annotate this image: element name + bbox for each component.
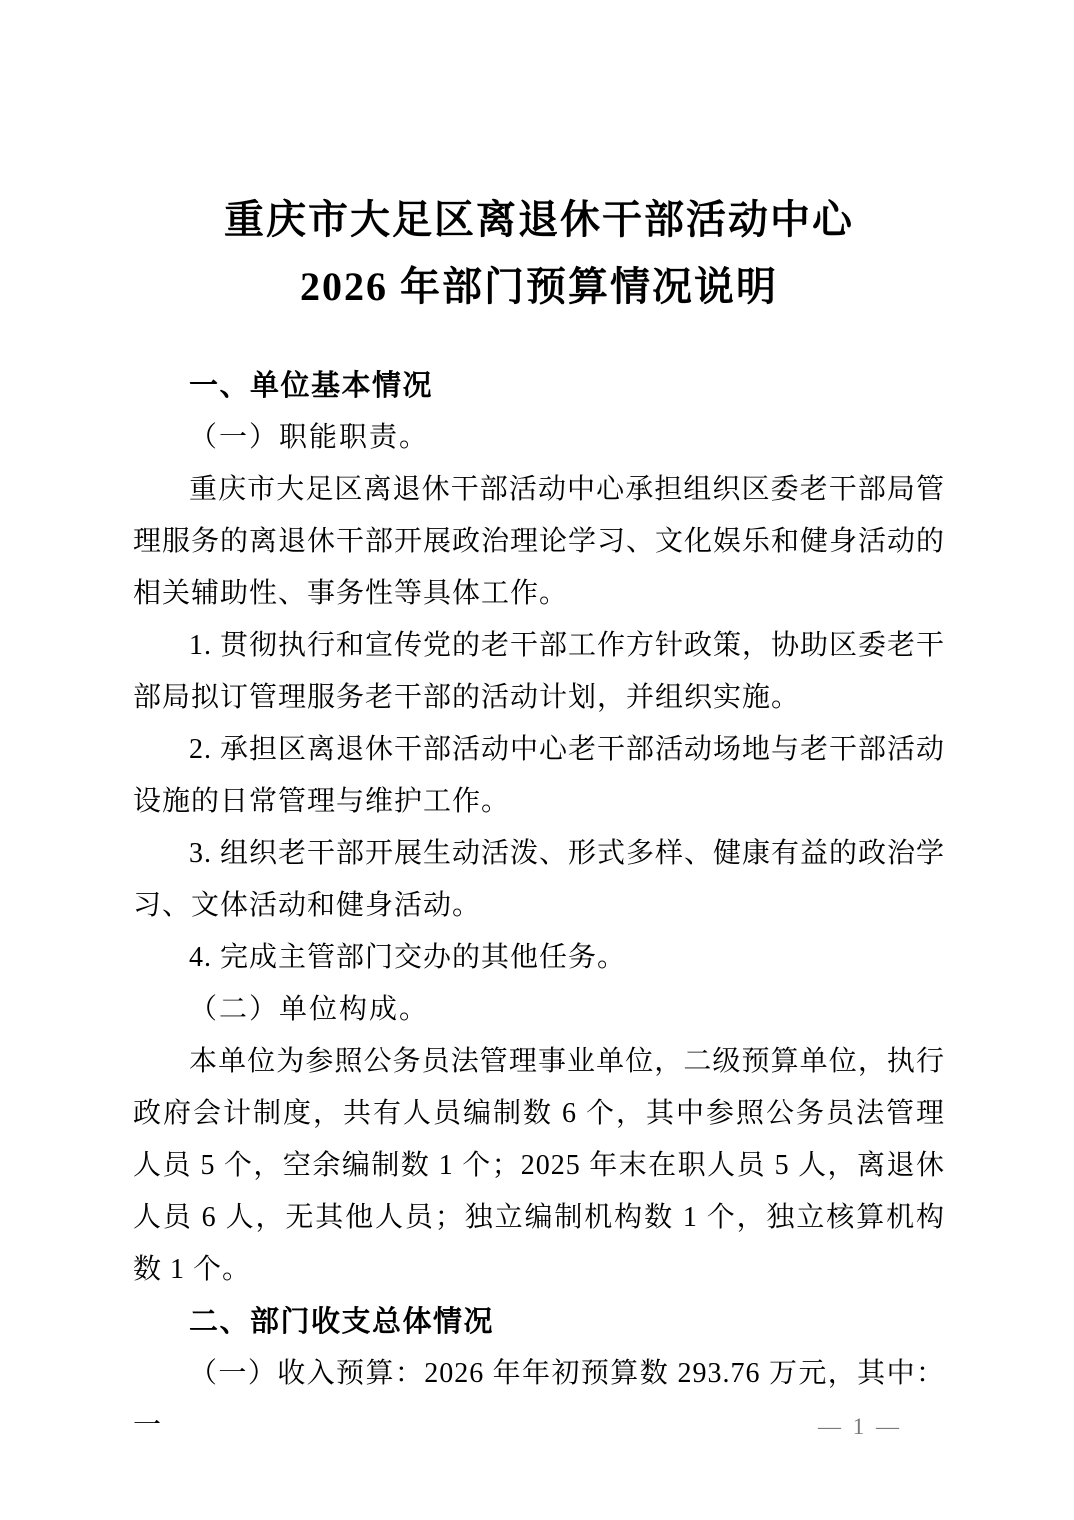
paragraph-duty-item-2: 2. 承担区离退休干部活动中心老干部活动场地与老干部活动设施的日常管理与维护工作… xyxy=(133,724,945,828)
paragraph-duty-item-1: 1. 贯彻执行和宣传党的老干部工作方针政策，协助区委老干部局拟订管理服务老干部的… xyxy=(133,620,945,724)
document-title-line2: 2026 年部门预算情况说明 xyxy=(300,264,778,309)
section-heading-budget-overview: 二、部门收支总体情况 xyxy=(133,1296,945,1348)
document-content: 重庆市大足区离退休干部活动中心 2026 年部门预算情况说明 一、单位基本情况 … xyxy=(133,186,945,1452)
section-heading-unit-basic-info: 一、单位基本情况 xyxy=(133,360,945,412)
subheading-unit-composition: （二）单位构成。 xyxy=(133,984,945,1036)
paragraph-duties-overview: 重庆市大足区离退休干部活动中心承担组织区委老干部局管理服务的离退休干部开展政治理… xyxy=(133,464,945,620)
paragraph-duty-item-4: 4. 完成主管部门交办的其他任务。 xyxy=(133,932,945,984)
subheading-duties: （一）职能职责。 xyxy=(133,412,945,464)
paragraph-duty-item-3: 3. 组织老干部开展生动活泼、形式多样、健康有益的政治学习、文体活动和健身活动。 xyxy=(133,828,945,932)
paragraph-unit-composition: 本单位为参照公务员法管理事业单位，二级预算单位，执行政府会计制度，共有人员编制数… xyxy=(133,1036,945,1296)
page-number: — 1 — xyxy=(818,1412,902,1442)
document-title-line1: 重庆市大足区离退休干部活动中心 xyxy=(224,197,854,242)
document-page: 重庆市大足区离退休干部活动中心 2026 年部门预算情况说明 一、单位基本情况 … xyxy=(0,0,1074,1520)
document-title: 重庆市大足区离退休干部活动中心 2026 年部门预算情况说明 xyxy=(133,186,945,320)
